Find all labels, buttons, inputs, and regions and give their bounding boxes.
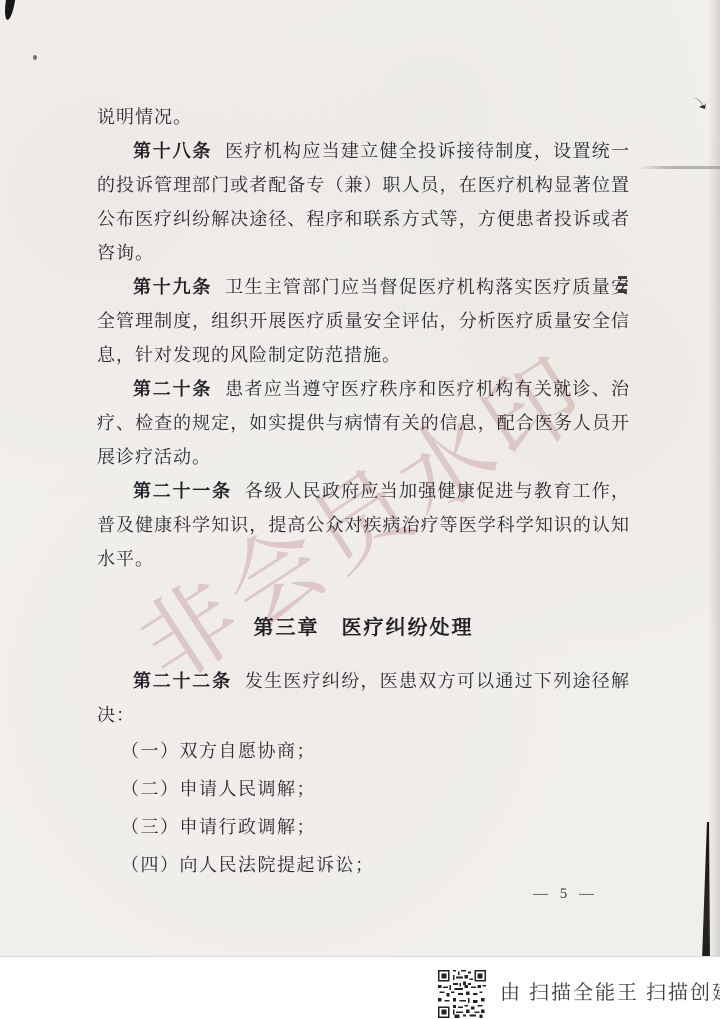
list-item-2: （二）申请人民调解； xyxy=(97,770,630,808)
article-19-label: 第十九条 xyxy=(133,277,212,297)
paragraph-continuation: 说明情况。 xyxy=(97,100,630,134)
scanner-footer: 由 扫描全能王 扫描创建 xyxy=(0,956,720,1019)
list-item-4: （四）向人民法院提起诉讼； xyxy=(97,846,630,884)
article-22: 第二十二条发生医疗纠纷，医患双方可以通过下列途径解决： xyxy=(97,664,630,732)
article-21-label: 第二十一条 xyxy=(133,481,232,501)
article-18-label: 第十八条 xyxy=(133,141,212,161)
scan-paper: 非会员水印 说明情况。 第十八条医疗机构应当建立健全投诉接待制度，设置统一的投诉… xyxy=(0,0,720,957)
qr-code-icon xyxy=(438,970,486,1018)
article-19: 第十九条卫生主管部门应当督促医疗机构落实医疗质量安全管理制度，组织开展医疗质量安… xyxy=(97,270,630,372)
article-22-label: 第二十二条 xyxy=(133,671,232,691)
scan-artifact-fold-mark xyxy=(692,96,708,110)
scan-artifact-corner xyxy=(3,0,16,21)
list-item-1: （一）双方自愿协商； xyxy=(97,732,630,770)
scan-artifact-dot xyxy=(33,55,37,60)
page-number: — 5 — xyxy=(533,886,598,903)
document-body: 说明情况。 第十八条医疗机构应当建立健全投诉接待制度，设置统一的投诉管理部门或者… xyxy=(97,100,630,884)
scan-artifact-smudge xyxy=(618,276,627,293)
list-item-3: （三）申请行政调解； xyxy=(97,808,630,846)
scanned-document-page: 非会员水印 说明情况。 第十八条医疗机构应当建立健全投诉接待制度，设置统一的投诉… xyxy=(0,0,720,1019)
article-18: 第十八条医疗机构应当建立健全投诉接待制度，设置统一的投诉管理部门或者配备专（兼）… xyxy=(97,134,630,270)
page-edge-shade xyxy=(708,0,720,957)
article-21: 第二十一条各级人民政府应当加强健康促进与教育工作，普及健康科学知识，提高公众对疾… xyxy=(97,474,630,576)
article-20: 第二十条患者应当遵守医疗秩序和医疗机构有关就诊、治疗、检查的规定，如实提供与病情… xyxy=(97,372,630,474)
chapter-heading: 第三章 医疗纠纷处理 xyxy=(97,610,630,646)
scanner-credit-text: 由 扫描全能王 扫描创建 xyxy=(500,976,720,1005)
article-20-label: 第二十条 xyxy=(133,379,212,399)
